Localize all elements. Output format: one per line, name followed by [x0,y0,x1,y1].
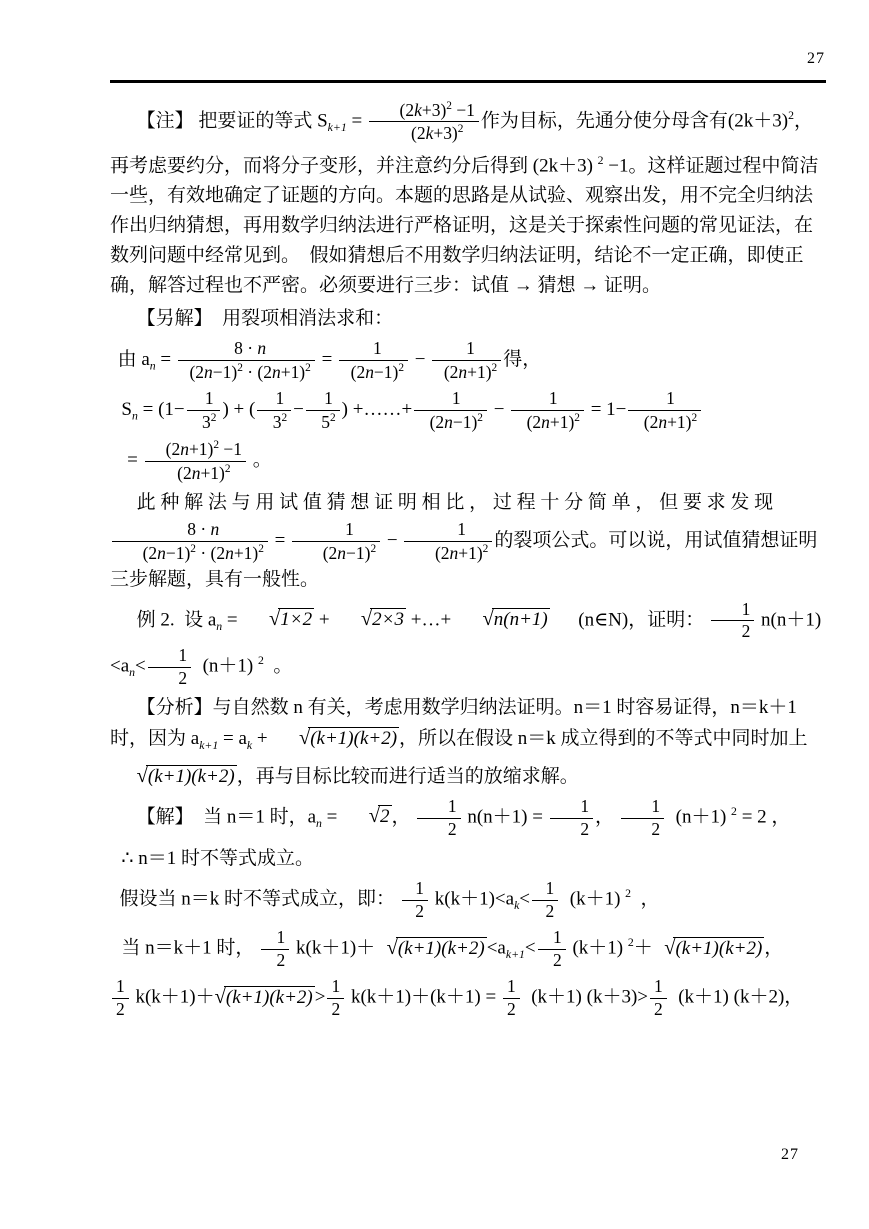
math-fraction: 1(2n−1)2 [292,520,380,563]
paragraph-formula-sn-result: = (2n+1)2 −1(2n+1)2 。 [110,437,826,485]
fraction-denominator: 2 [650,999,667,1020]
fraction-numerator: 1 [621,797,664,819]
math-fraction: 12 [538,928,566,970]
math-fraction: 12 [148,646,191,688]
superscript: 2 [281,412,287,424]
fraction-numerator: 1 [402,879,428,901]
fraction-denominator: 2 [112,999,129,1020]
paragraph-therefore-base: ∴ n＝1 时不等式成立。 [110,844,826,874]
math-variable: k [404,938,412,959]
superscript: 2 [398,362,404,374]
radicand: 2 [378,805,392,827]
superscript: 2 [190,543,196,555]
math-fraction: 12 [327,977,344,1019]
subscript: n [150,360,156,373]
math-sqrt: √2×3 [334,604,406,635]
paragraph-formula-an: 由 an = 8 · n(2n−1)2 · (2n+1)2 = 1(2n−1)2… [110,337,826,384]
fraction-denominator: 52 [306,411,340,432]
fraction-numerator: 1 [417,797,460,819]
superscript: 2 [458,123,464,135]
math-variable: n [494,609,504,630]
radicand: (k+1)(k+2) [396,937,487,959]
fraction-denominator: (2n+1)2 [628,411,701,432]
fraction-numerator: (2n+1)2 −1 [145,439,246,461]
fraction-denominator: (2n+1)2 [145,462,246,483]
math-fraction: 12 [650,977,667,1019]
fraction-numerator: 1 [112,977,129,999]
fraction-denominator: (2n−1)2 [292,542,380,563]
fraction-denominator: (2n−1)2 · (2n+1)2 [178,361,315,382]
paragraph-induction-step: 当 n＝k＋1 时， 12 k(k＋1)＋√(k+1)(k+2)<ak+1<12… [110,926,826,972]
math-sqrt: √n(n+1) [456,604,550,635]
math-fraction: 132 [187,389,221,432]
math-sqrt: √(k+1)(k+2) [375,933,487,964]
subscript: k+1 [506,949,525,962]
math-sqrt: √2 [342,801,391,832]
math-sqrt: √1×2 [242,604,314,635]
math-fraction: 1(2n+1)2 [511,389,584,432]
paragraph-formula-sn: Sn = (1−132) + (132−152) +……+1(2n−1)2 − … [110,387,826,434]
math-fraction: 12 [550,797,593,839]
fraction-numerator: 1 [148,646,191,668]
fraction-denominator: 2 [711,621,754,642]
math-variable: n [450,542,459,562]
math-variable: n [257,338,266,358]
fraction-denominator: (2k+3)2 [369,122,479,143]
superscript: 2 [628,936,634,949]
fraction-numerator: 1 [511,389,584,411]
fraction-numerator: 1 [650,977,667,999]
paragraph-comment-method: 此 种 解 法 与 用 试 值 猜 想 证 明 相 比 ， 过 程 十 分 简 … [110,488,826,595]
fraction-numerator: 1 [711,600,754,622]
fraction-denominator: (2n−1)2 [414,411,487,432]
superscript: 2 [446,100,452,112]
fraction-numerator: 8 · n [178,339,315,361]
fraction-numerator: 1 [339,339,408,361]
subscript: k [514,899,519,912]
fraction-denominator: (2n+1)2 [511,411,584,432]
fraction-denominator: 2 [621,819,664,840]
superscript: 2 [258,543,264,555]
fraction-denominator: 2 [261,950,289,971]
fraction-numerator: 1 [503,977,520,999]
math-fraction: 12 [711,600,754,642]
math-fraction: 1(2n−1)2 [339,339,408,382]
paragraph-note: 【注】 把要证的等式 Sk+1 = (2k+3)2 −1(2k+3)2作为目标，… [110,98,826,301]
math-sqrt: √(k+1)(k+2) [653,933,765,964]
superscript: 2 [574,412,580,424]
math-sqrt: √(k+1)(k+2) [215,982,315,1013]
fraction-denominator: (2n+1)2 [432,361,501,382]
math-fraction: 1(2n−1)2 [414,389,487,432]
superscript: 2 [330,412,336,424]
math-fraction: 8 · n(2n−1)2 · (2n+1)2 [112,520,268,563]
document-body: 【注】 把要证的等式 Sk+1 = (2k+3)2 −1(2k+3)2作为目标，… [110,98,826,1025]
math-variable: n [510,609,520,630]
math-variable: n [444,412,453,432]
superscript: 2 [370,543,376,555]
subscript: n [132,410,138,423]
math-variable: k [198,766,206,787]
fraction-numerator: 1 [532,879,558,901]
fraction-denominator: 2 [327,999,344,1020]
math-variable: n [192,462,201,482]
math-fraction: 1(2n+1)2 [404,520,492,563]
math-variable: k [276,987,284,1008]
math-variable: n [337,542,346,562]
radicand: 1×2 [278,608,314,630]
superscript: 2 [788,109,794,122]
superscript: 2 [305,362,311,374]
math-variable: n [365,362,374,382]
math-variable: k [725,938,733,959]
fraction-numerator: 1 [404,520,492,542]
math-fraction: 12 [532,879,558,921]
math-variable: n [225,542,234,562]
fraction-denominator: (2n−1)2 · (2n+1)2 [112,542,268,563]
page-number-bottom: 27 [781,1146,799,1164]
radicand: (k+1)(k+2) [308,727,399,749]
math-variable: k [360,728,368,749]
radicand: (k+1)(k+2) [224,986,315,1008]
math-variable: k [448,938,456,959]
superscript: 2 [258,654,264,667]
page-number-top: 27 [807,50,825,68]
subscript: n [216,620,222,633]
fraction-numerator: 1 [414,389,487,411]
paragraph-example-2: 例 2. 设 an = √1×2 + √2×3 +…+ √n(n+1) (n∈N… [110,598,826,690]
superscript: 2 [625,887,631,900]
fraction-numerator: 1 [261,928,289,950]
paragraph-analysis: 【分析】与自然数 n 有关，考虑用数学归纳法证明。n＝1 时容易证得，n＝k＋1… [110,693,826,792]
superscript: 2 [483,543,489,555]
math-fraction: 12 [112,977,129,1019]
fraction-denominator: 2 [532,901,558,922]
fraction-denominator: 32 [187,411,221,432]
radicand: n(n+1) [492,608,550,630]
fraction-numerator: 1 [550,797,593,819]
fraction-denominator: 2 [550,819,593,840]
document-page: 27 【注】 把要证的等式 Sk+1 = (2k+3)2 −1(2k+3)2作为… [0,0,869,1229]
superscript: 2 [492,362,498,374]
fraction-numerator: 1 [432,339,501,361]
math-sqrt: √(k+1)(k+2) [272,723,399,754]
math-fraction: 1(2n+1)2 [432,339,501,382]
subscript: k+1 [199,739,218,752]
superscript: 2 [237,362,243,374]
math-variable: k [426,123,434,143]
header-rule [110,80,826,83]
fraction-numerator: 1 [327,977,344,999]
paragraph-alt-solution-label: 【另解】 用裂项相消法求和： [110,304,826,334]
math-sqrt: √(k+1)(k+2) [110,761,237,792]
math-variable: n [180,439,189,459]
superscript: 2 [225,463,231,475]
math-fraction: 12 [417,797,460,839]
fraction-numerator: 1 [292,520,380,542]
subscript: n [316,817,322,830]
fraction-numerator: 1 [187,389,221,411]
fraction-denominator: 2 [148,668,191,689]
math-variable: n [157,542,166,562]
math-variable: n [211,519,220,539]
fraction-numerator: 1 [628,389,701,411]
radicand: 2×3 [370,608,406,630]
math-variable: n [541,412,550,432]
superscript: 2 [213,439,219,451]
math-fraction: (2n+1)2 −1(2n+1)2 [145,439,246,483]
fraction-denominator: 2 [402,901,428,922]
subscript: n [129,666,135,679]
fraction-denominator: (2n−1)2 [339,361,408,382]
subscript: k+1 [328,121,347,134]
math-fraction: 132 [257,389,291,432]
superscript: 2 [691,412,697,424]
math-variable: k [682,938,690,959]
math-fraction: 152 [306,389,340,432]
math-fraction: 12 [503,977,520,1019]
fraction-numerator: 1 [538,928,566,950]
math-variable: k [414,100,422,120]
fraction-denominator: (2n+1)2 [404,542,492,563]
superscript: 2 [731,805,737,818]
math-variable: n [272,362,281,382]
math-fraction: 12 [621,797,664,839]
math-variable: n [458,362,467,382]
math-fraction: 1(2n+1)2 [628,389,701,432]
math-variable: k [317,728,325,749]
fraction-denominator: 2 [538,950,566,971]
superscript: 2 [598,154,604,167]
math-variable: n [658,412,667,432]
fraction-denominator: 32 [257,411,291,432]
fraction-numerator: (2k+3)2 −1 [369,100,479,122]
math-fraction: 8 · n(2n−1)2 · (2n+1)2 [178,339,315,382]
paragraph-induction-bound: 12 k(k＋1)＋√(k+1)(k+2)>12 k(k＋1)＋(k＋1) = … [110,975,826,1021]
math-variable: k [154,766,162,787]
math-variable: n [204,362,213,382]
math-variable: k [232,987,240,1008]
fraction-numerator: 1 [257,389,291,411]
radicand: (k+1)(k+2) [146,765,237,787]
superscript: 2 [211,412,217,424]
math-fraction: 12 [402,879,428,921]
subscript: k [247,739,252,752]
math-fraction: (2k+3)2 −1(2k+3)2 [369,100,479,144]
paragraph-solution-base-case: 【解】 当 n＝1 时，an = √2， 12 n(n＋1) = 12， 12 … [110,795,826,841]
fraction-numerator: 1 [306,389,340,411]
fraction-numerator: 8 · n [112,520,268,542]
math-fraction: 12 [261,928,289,970]
paragraph-hypothesis: 假设当 n＝k 时不等式成立，即： 12 k(k＋1)<ak<12 (k＋1) … [110,877,826,923]
radicand: (k+1)(k+2) [673,937,764,959]
superscript: 2 [477,412,483,424]
fraction-denominator: 2 [417,819,460,840]
fraction-denominator: 2 [503,999,520,1020]
